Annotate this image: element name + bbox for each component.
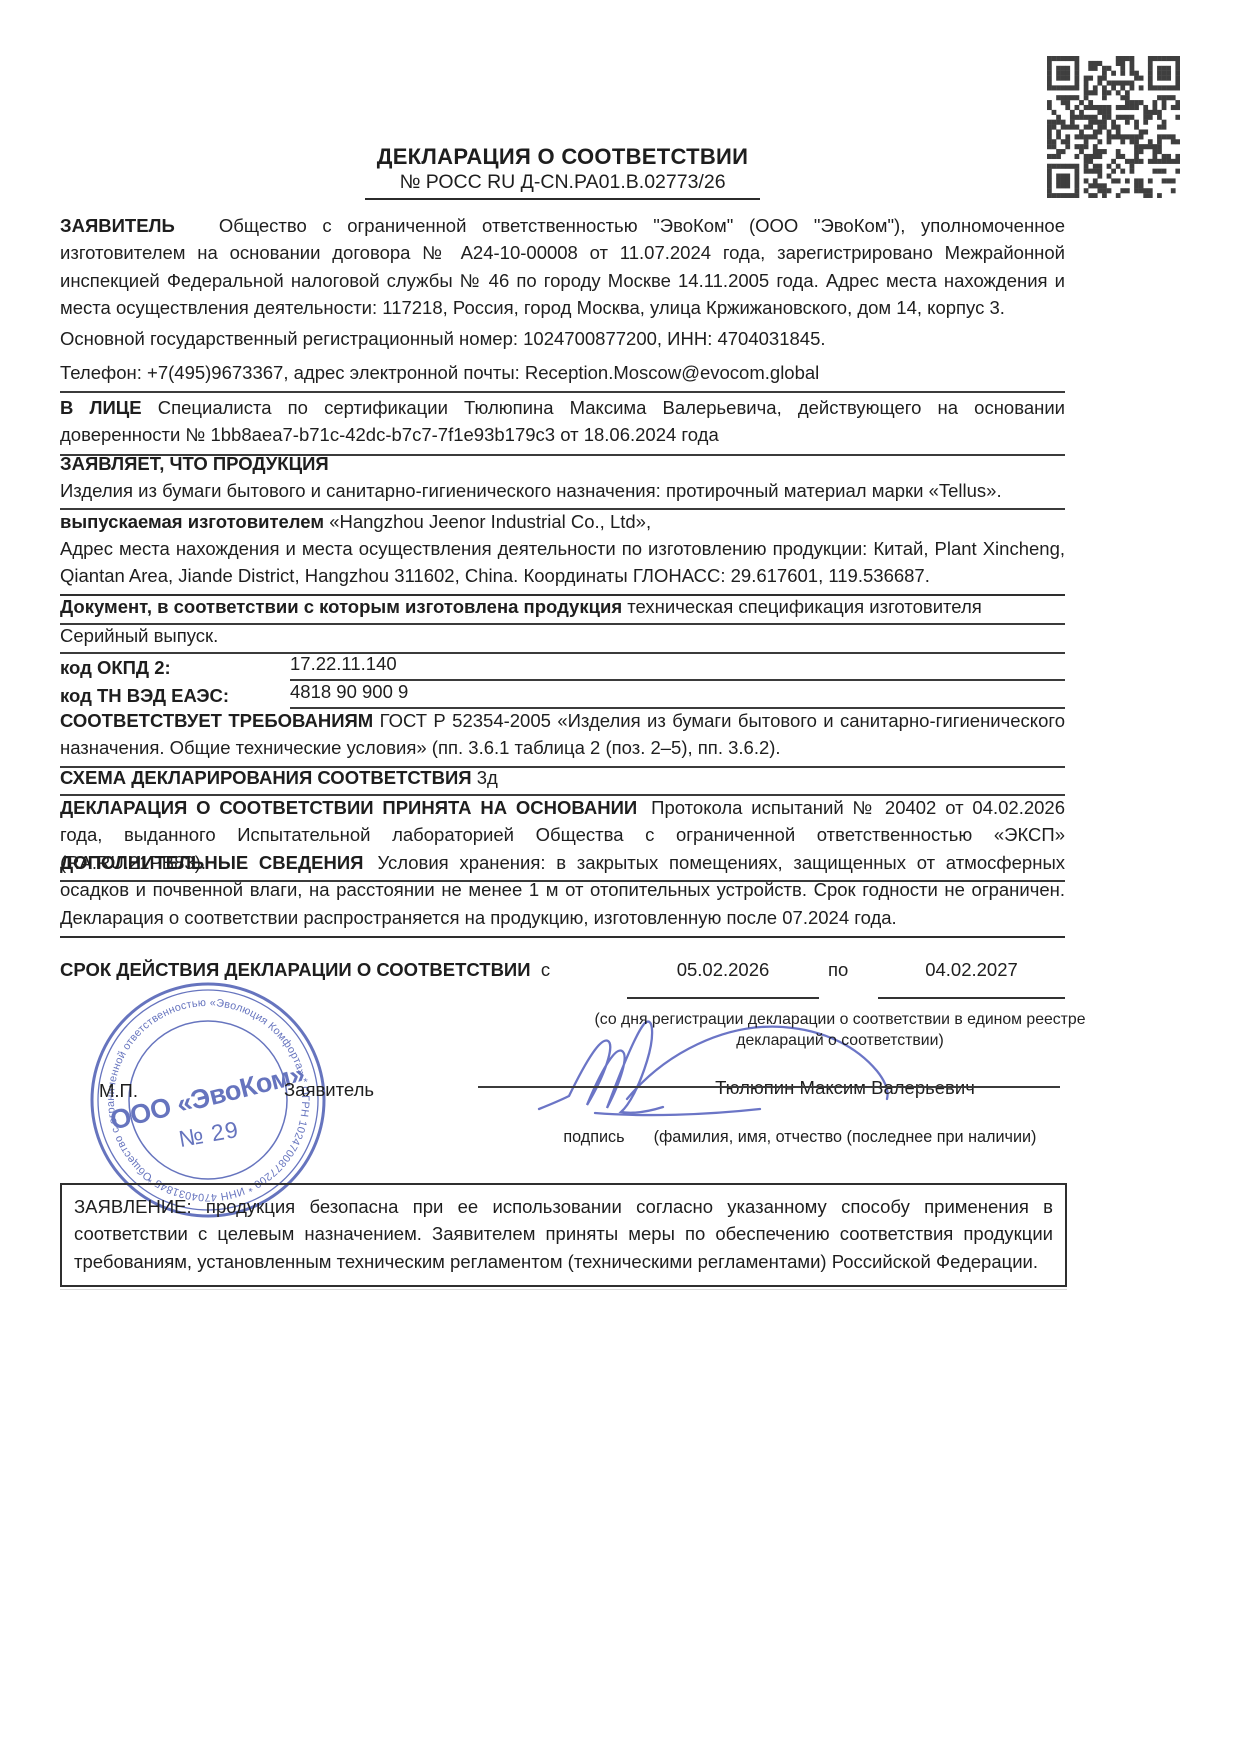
in-person-label: В ЛИЦЕ [60,397,142,418]
declaration-number: № РОСС RU Д-CN.РА01.В.02773/26 [365,170,759,200]
validity-label: СРОК ДЕЙСТВИЯ ДЕКЛАРАЦИИ О СООТВЕТСТВИИ [60,959,531,980]
validity-date-from-field: 05.02.2026 [627,956,819,999]
applicant-ogrn-line: Основной государственный регистрационный… [60,325,1065,352]
conforms-section: СООТВЕТСТВУЕТ ТРЕБОВАНИЯМ ГОСТ Р 52354-2… [60,707,1065,768]
manufacturer-address: Адрес места нахождения и места осуществл… [60,535,1065,596]
person-name-line [630,1086,1060,1088]
applicant-text: Общество с ограниченной ответственностью… [60,215,1065,318]
statement-box-shadow [60,1289,1067,1290]
signature-scribble [535,1013,915,1121]
stamp-number-text: № 29 [177,1116,241,1152]
validity-date-to: 04.02.2027 [925,959,1018,980]
applicant-section: ЗАЯВИТЕЛЬОбщество с ограниченной ответст… [60,212,1065,393]
manufacturer-name: «Hangzhou Jeenor Industrial Co., Ltd», [329,511,651,532]
document-line: Документ, в соответствии с которым изгот… [60,593,1065,625]
schema-value: 3д [477,767,498,788]
tnved-value: 4818 90 900 9 [290,678,1065,709]
applicant-paragraph: ЗАЯВИТЕЛЬОбщество с ограниченной ответст… [60,212,1065,322]
person-name-caption: (фамилия, имя, отчество (последнее при н… [630,1128,1060,1147]
additional-section: ДОПОЛНИТЕЛЬНЫЕ СВЕДЕНИЯУсловия хранения:… [60,849,1065,938]
validity-date-to-field: 04.02.2027 [878,956,1065,999]
applicant-label: ЗАЯВИТЕЛЬ [60,215,175,236]
manufacturer-label: выпускаемая изготовителем [60,511,324,532]
in-person-section: В ЛИЦЕ Специалиста по сертификации Тюлюп… [60,394,1065,456]
in-person-paragraph: В ЛИЦЕ Специалиста по сертификации Тюлюп… [60,394,1065,456]
validity-date-from: 05.02.2026 [677,959,770,980]
in-person-text: Специалиста по сертификации Тюлюпина Мак… [60,397,1065,445]
title-block: ДЕКЛАРАЦИЯ О СООТВЕТСТВИИ № РОСС RU Д-CN… [60,144,1065,200]
basis-label: ДЕКЛАРАЦИЯ О СООТВЕТСТВИИ ПРИНЯТА НА ОСН… [60,797,637,818]
mp-label: М.П. [99,1077,138,1104]
okpd-value: 17.22.11.140 [290,650,1065,681]
tnved-label: код ТН ВЭД ЕАЭС: [60,682,290,709]
validity-to-word: по [828,956,848,983]
declaration-document: ДЕКЛАРАЦИЯ О СООТВЕТСТВИИ № РОСС RU Д-CN… [0,0,1240,1754]
schema-label: СХЕМА ДЕКЛАРИРОВАНИЯ СООТВЕТСТВИЯ [60,767,472,788]
document-text: техническая спецификация изготовителя [627,596,982,617]
validity-from-word: с [541,959,550,980]
page-title: ДЕКЛАРАЦИЯ О СООТВЕТСТВИИ [60,144,1065,170]
qr-code [1047,56,1180,198]
declares-heading: ЗАЯВЛЯЕТ, ЧТО ПРОДУКЦИЯ [60,450,1065,477]
conforms-label: СООТВЕТСТВУЕТ ТРЕБОВАНИЯМ [60,710,373,731]
okpd-row: код ОКПД 2: 17.22.11.140 [60,650,1065,681]
role-label: Заявитель [284,1076,374,1103]
tnved-row: код ТН ВЭД ЕАЭС: 4818 90 900 9 [60,678,1065,709]
applicant-phone-line: Телефон: +7(495)9673367, адрес электронн… [60,359,1065,393]
schema-line: СХЕМА ДЕКЛАРИРОВАНИЯ СООТВЕТСТВИЯ 3д [60,764,1065,796]
document-label: Документ, в соответствии с которым изгот… [60,596,622,617]
product-line: Изделия из бумаги бытового и санитарно-г… [60,477,1065,510]
statement-box: ЗАЯВЛЕНИЕ: продукция безопасна при ее ис… [60,1183,1067,1287]
manufacturer-line: выпускаемая изготовителем «Hangzhou Jeen… [60,508,1065,535]
additional-label: ДОПОЛНИТЕЛЬНЫЕ СВЕДЕНИЯ [60,852,363,873]
